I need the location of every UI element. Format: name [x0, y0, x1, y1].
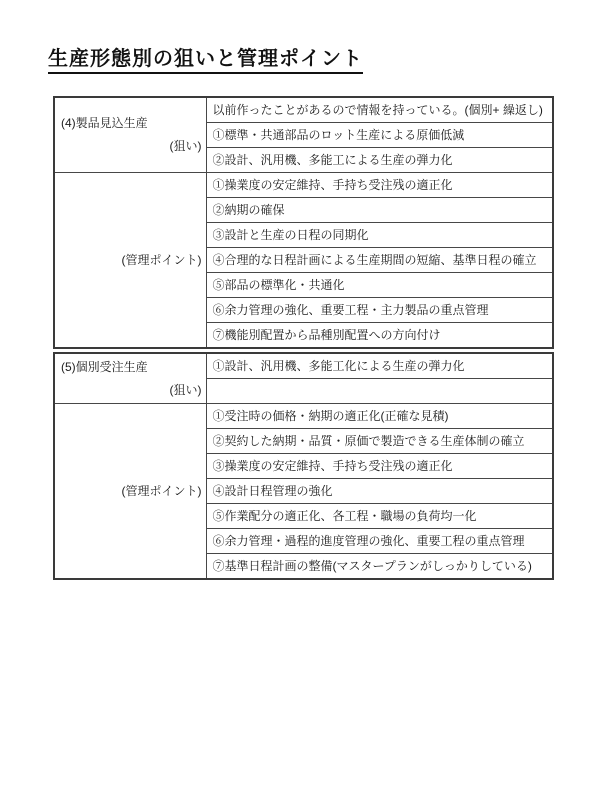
document-page: 生産形態別の狙いと管理ポイント (4)製品見込生産 (狙い) 以前作ったことがあ…: [0, 0, 600, 800]
management-point-label: (管理ポイント): [122, 484, 202, 498]
aim-label: (狙い): [61, 383, 202, 398]
aim-row-cell: ①標準・共通部品のロット生産による原価低減: [206, 123, 553, 148]
table-row: (管理ポイント) ①受注時の価格・納期の適正化(正確な見積): [54, 404, 553, 429]
production-type-label: (5)個別受注生産: [61, 360, 202, 375]
management-point-row-cell: ①受注時の価格・納期の適正化(正確な見積): [206, 404, 553, 429]
management-point-row-cell: ③設計と生産の日程の同期化: [206, 223, 553, 248]
table-individual-order-production: (5)個別受注生産 (狙い) ①設計、汎用機、多能工化による生産の弾力化 (管理…: [53, 352, 554, 580]
management-point-row-cell: ②契約した納期・品質・原価で製造できる生産体制の確立: [206, 429, 553, 454]
aim-row-cell: ②設計、汎用機、多能工による生産の弾力化: [206, 148, 553, 173]
management-point-row-cell: ⑤作業配分の適正化、各工程・職場の負荷均一化: [206, 504, 553, 529]
management-point-label-cell: (管理ポイント): [54, 173, 206, 349]
table-row: (4)製品見込生産 (狙い) 以前作ったことがあるので情報を持っている。(個別+…: [54, 97, 553, 123]
aim-row-cell-empty: [206, 379, 553, 404]
table-row: (管理ポイント) ①操業度の安定維持、手持ち受注残の適正化: [54, 173, 553, 198]
management-point-row-cell: ⑥余力管理・過程的進度管理の強化、重要工程の重点管理: [206, 529, 553, 554]
management-point-row-cell: ⑥余力管理の強化、重要工程・主力製品の重点管理: [206, 298, 553, 323]
management-point-row-cell: ①操業度の安定維持、手持ち受注残の適正化: [206, 173, 553, 198]
aim-row-cell: ①設計、汎用機、多能工化による生産の弾力化: [206, 353, 553, 379]
management-point-row-cell: ②納期の確保: [206, 198, 553, 223]
management-point-row-cell: ⑦基準日程計画の整備(マスタープランがしっかりしている): [206, 554, 553, 580]
production-type-cell: (5)個別受注生産 (狙い): [54, 353, 206, 404]
management-point-row-cell: ④合理的な日程計画による生産期間の短縮、基準日程の確立: [206, 248, 553, 273]
production-type-cell: (4)製品見込生産 (狙い): [54, 97, 206, 173]
management-point-label-cell: (管理ポイント): [54, 404, 206, 580]
management-point-row-cell: ③操業度の安定維持、手持ち受注残の適正化: [206, 454, 553, 479]
management-point-row-cell: ⑦機能別配置から品種別配置への方向付け: [206, 323, 553, 349]
table-forecast-production: (4)製品見込生産 (狙い) 以前作ったことがあるので情報を持っている。(個別+…: [53, 96, 554, 349]
production-type-label: (4)製品見込生産: [61, 116, 202, 131]
management-point-row-cell: ④設計日程管理の強化: [206, 479, 553, 504]
aim-label: (狙い): [61, 139, 202, 154]
aim-info-cell: 以前作ったことがあるので情報を持っている。(個別+ 繰返し): [206, 97, 553, 123]
management-point-row-cell: ⑤部品の標準化・共通化: [206, 273, 553, 298]
table-row: (5)個別受注生産 (狙い) ①設計、汎用機、多能工化による生産の弾力化: [54, 353, 553, 379]
page-title: 生産形態別の狙いと管理ポイント: [48, 42, 363, 74]
management-point-label: (管理ポイント): [122, 253, 202, 267]
